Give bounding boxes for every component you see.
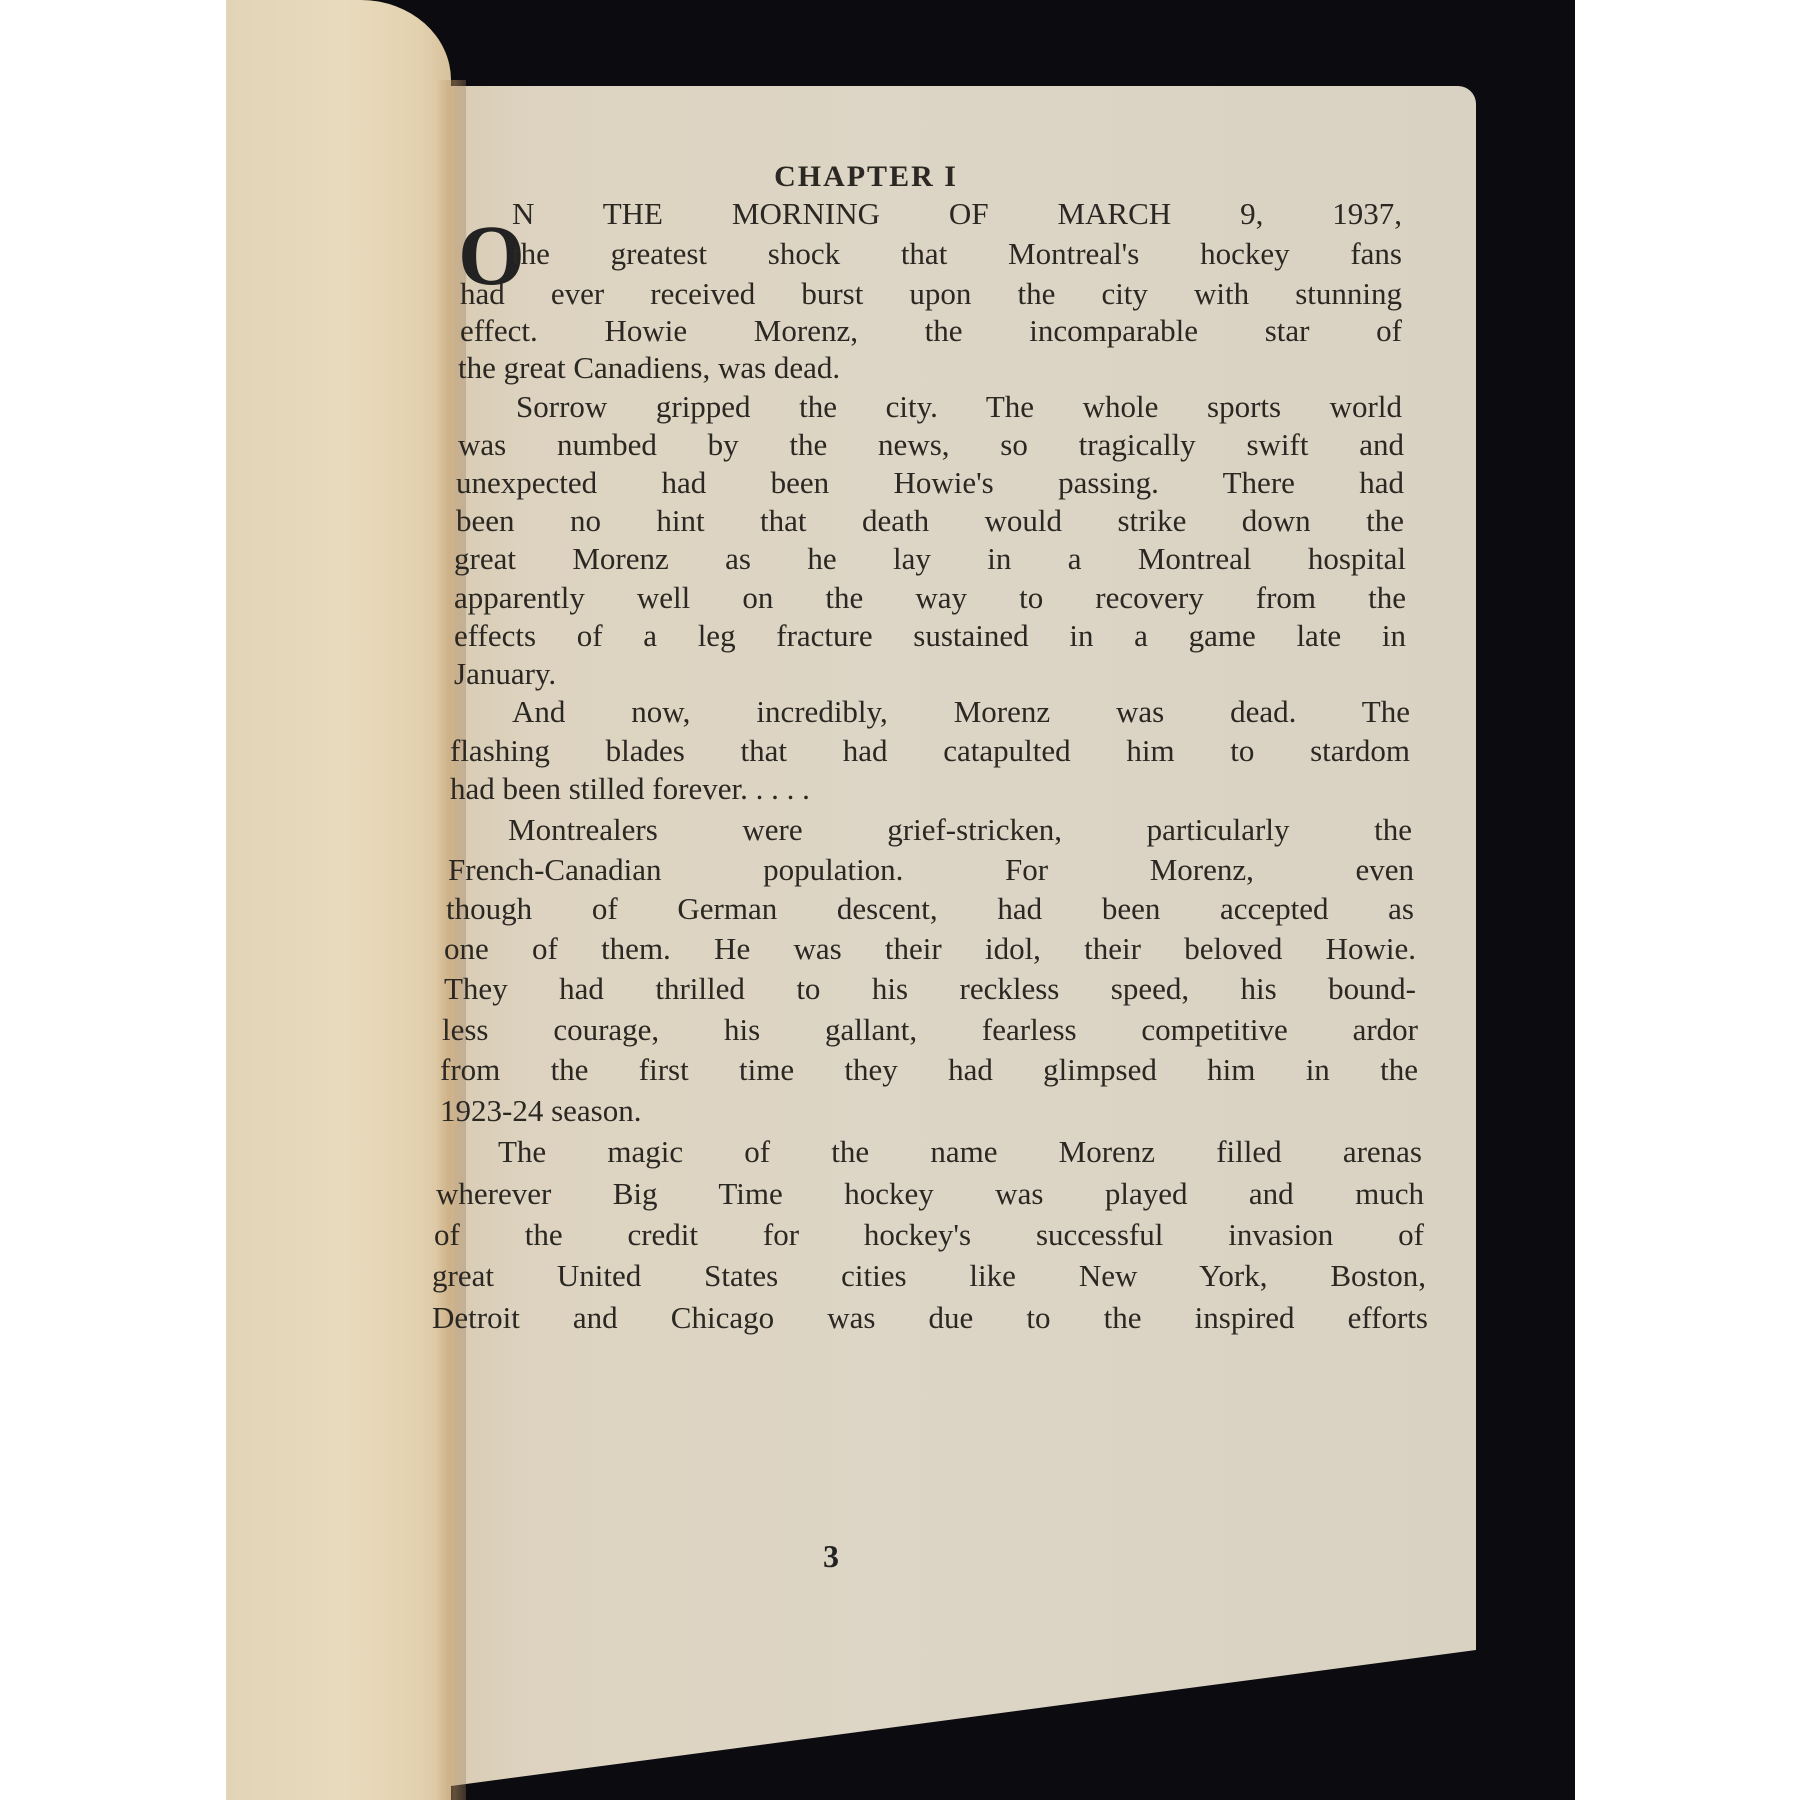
text-line: the great Canadiens, was dead. — [458, 350, 840, 386]
text-line: 1923-24 season. — [440, 1093, 641, 1129]
book-photo: CHAPTER I O N THE MORNING OF MARCH 9, 19… — [226, 0, 1575, 1800]
text-line: They had thrilled to his reckless speed,… — [444, 971, 1416, 1007]
text-line: flashing blades that had catapulted him … — [450, 733, 1410, 769]
text-line: Sorrow gripped the city. The whole sport… — [516, 389, 1402, 425]
text-line: Detroit and Chicago was due to the inspi… — [432, 1300, 1428, 1336]
text-line: unexpected had been Howie's passing. The… — [456, 465, 1404, 501]
text-line: N THE MORNING OF MARCH 9, 1937, — [512, 196, 1402, 232]
text-line: been no hint that death would strike dow… — [456, 503, 1404, 539]
page-text: CHAPTER I O N THE MORNING OF MARCH 9, 19… — [226, 0, 1575, 1800]
text-line: And now, incredibly, Morenz was dead. Th… — [512, 694, 1410, 730]
text-line: The magic of the name Morenz filled aren… — [498, 1134, 1422, 1170]
text-line: from the first time they had glimpsed hi… — [440, 1052, 1418, 1088]
text-line: great Morenz as he lay in a Montreal hos… — [454, 541, 1406, 577]
text-line: one of them. He was their idol, their be… — [444, 931, 1416, 967]
text-line: January. — [454, 656, 556, 692]
text-line: of the credit for hockey's successful in… — [434, 1217, 1424, 1253]
text-line: effect. Howie Morenz, the incomparable s… — [460, 313, 1402, 349]
text-line: wherever Big Time hockey was played and … — [436, 1176, 1424, 1212]
text-line: French-Canadian population. For Morenz, … — [448, 852, 1414, 888]
text-line: great United States cities like New York… — [432, 1258, 1426, 1294]
text-line: less courage, his gallant, fearless comp… — [442, 1012, 1418, 1048]
text-line: the greatest shock that Montreal's hocke… — [512, 236, 1402, 272]
text-line: apparently well on the way to recovery f… — [454, 580, 1406, 616]
text-line: though of German descent, had been accep… — [446, 891, 1414, 927]
text-line: had been stilled forever. . . . . — [450, 771, 810, 807]
text-line: effects of a leg fracture sustained in a… — [454, 618, 1406, 654]
text-line: had ever received burst upon the city wi… — [460, 276, 1402, 312]
text-line: was numbed by the news, so tragically sw… — [458, 427, 1404, 463]
chapter-heading: CHAPTER I — [726, 160, 1006, 194]
page-number: 3 — [816, 1538, 846, 1575]
text-line: Montrealers were grief-stricken, particu… — [508, 812, 1412, 848]
